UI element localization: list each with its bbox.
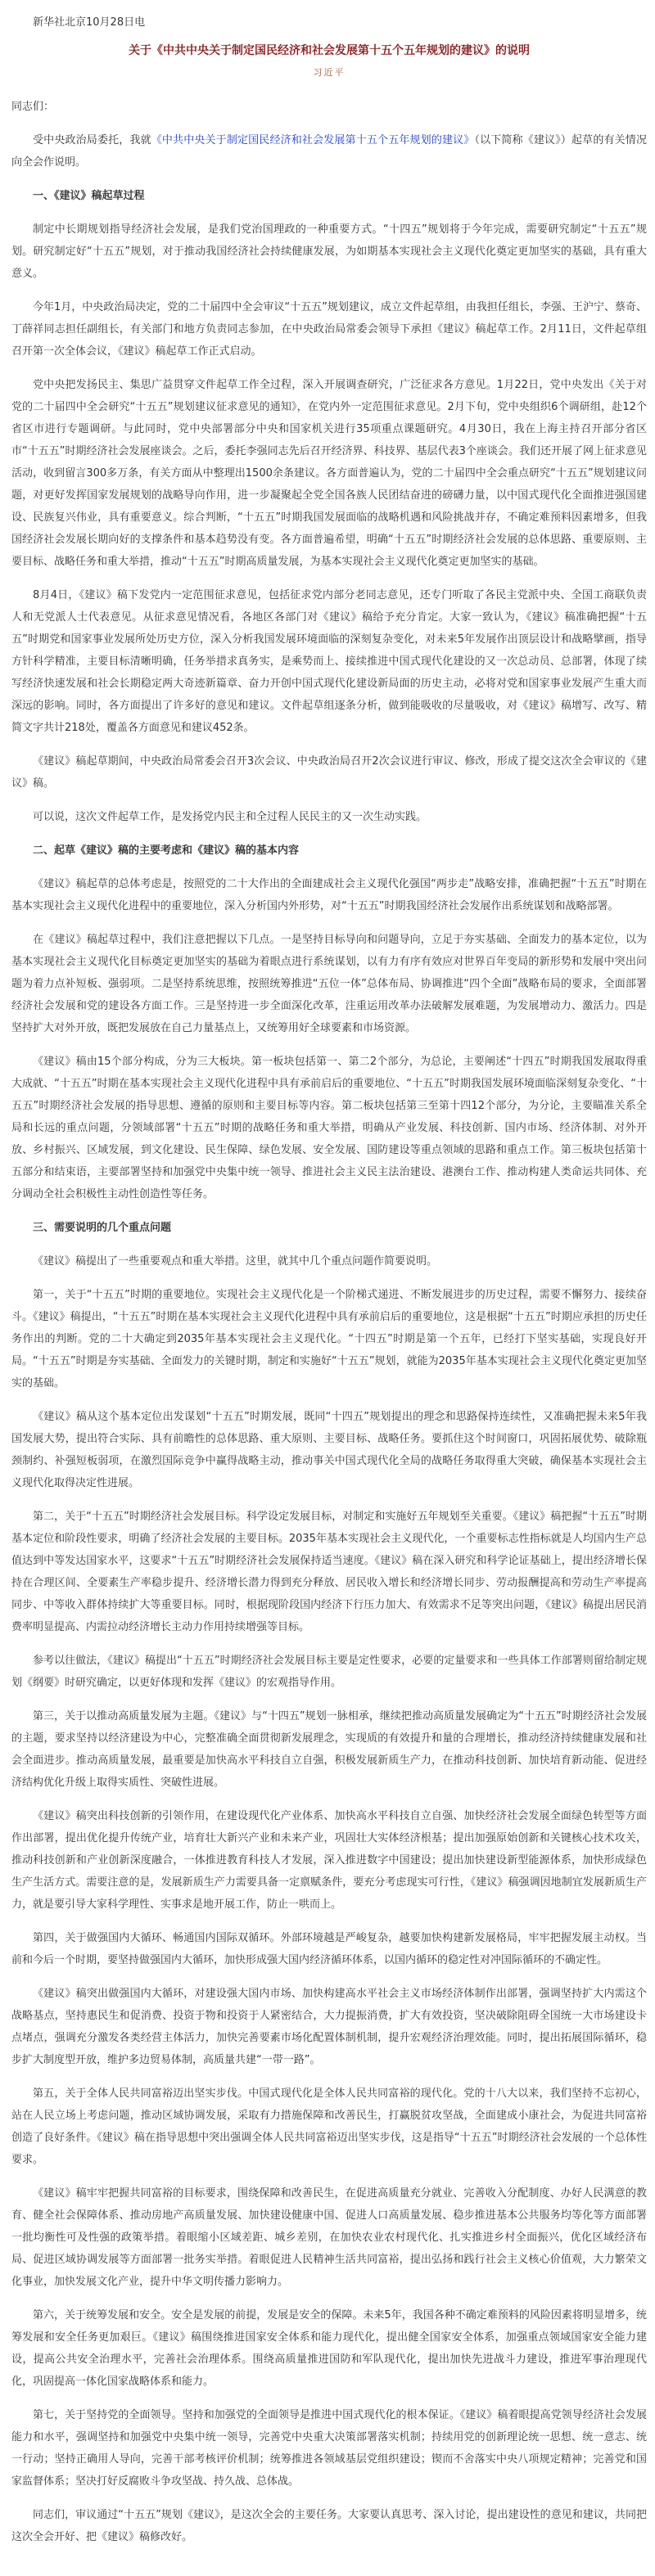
paragraph: 可以说，这次文件起草工作，是发扬党内民主和全过程人民民主的又一次生动实践。 [11,806,647,828]
paragraph: 在《建议》稿起草过程中，我们注意把握以下几点。一是坚持目标导向和问题导向，立足于… [11,929,647,1039]
proposal-document-link[interactable]: 《中共中央关于制定国民经济和社会发展第十五个五年规划的建议》 [151,134,475,146]
closing-paragraph: 同志们，审议通过“十五五”规划《建议》，是这次全会的主要任务。大家要认真思考、深… [11,2504,647,2548]
paragraph: 党中央把发扬民主、集思广益贯穿文件起草工作全过程，深入开展调查研究，广泛征求各方… [11,374,647,573]
paragraph: 《建议》稿由15个部分构成，分为三大板块。第一板块包括第一、第二2个部分，为总论… [11,1051,647,1205]
paragraph: 第二，关于“十五五”时期经济社会发展目标。科学设定发展目标，对制定和实施好五年规… [11,1506,647,1638]
author-byline: 习近平 [11,65,647,81]
intro-paragraph: 受中央政治局委托，我就《中共中央关于制定国民经济和社会发展第十五个五年规划的建议… [11,129,647,173]
paragraph: 制定中长期规划指导经济社会发展，是我们党治国理政的一种重要方式。“十四五”规划将… [11,218,647,285]
paragraph: 第七，关于坚持党的全面领导。坚持和加强党的全面领导是推进中国式现代化的根本保证。… [11,2404,647,2493]
paragraph: 第四，关于做强国内大循环、畅通国内国际双循环。外部环境越是严峻复杂，越要加快构建… [11,1927,647,1971]
paragraph: 《建议》稿提出了一些重要观点和重大举措。这里，就其中几个重点问题作简要说明。 [11,1250,647,1272]
paragraph: 《建议》稿起草的总体考虑是，按照党的二十大作出的全面建成社会主义现代化强国“两步… [11,873,647,917]
section-heading-1: 一、《建议》稿起草过程 [11,185,647,207]
paragraph: 第三，关于以推动高质量发展为主题。《建议》与“十四五”规划一脉相承，继续把推动高… [11,1705,647,1794]
intro-text-before: 受中央政治局委托，我就 [33,134,151,146]
paragraph: 《建议》稿起草期间，中央政治局常委会召开3次会议、中央政治局召开2次会议进行审议… [11,750,647,795]
paragraph: 参考以往做法，《建议》稿提出“十五五”时期经济社会发展目标主要是定性要求，必要的… [11,1650,647,1694]
paragraph: 《建议》稿从这个基本定位出发谋划“十五五”时期发展，既同“十四五”规划提出的理念… [11,1406,647,1494]
article: 新华社北京10月28日电 关于《中共中央关于制定国民经济和社会发展第十五个五年规… [0,0,655,2576]
section-heading-2: 二、起草《建议》稿的主要考虑和《建议》稿的基本内容 [11,840,647,862]
paragraph: 8月4日，《建议》稿下发党内一定范围征求意见，包括征求党内部分老同志意见，还专门… [11,584,647,739]
paragraph: 第六，关于统筹发展和安全。安全是发展的前提，发展是安全的保障。未来5年，我国各种… [11,2304,647,2393]
paragraph: 第五，关于全体人民共同富裕迈出坚实步伐。中国式现代化是全体人民共同富裕的现代化。… [11,2083,647,2171]
section-heading-3: 三、需要说明的几个重点问题 [11,1217,647,1239]
paragraph: 《建议》稿牢牢把握共同富裕的目标要求，围绕保障和改善民生，在促进高质量充分就业、… [11,2182,647,2293]
paragraph: 《建议》稿突出做强国内大循环，对建设强大国内市场、加快构建高水平社会主义市场经济… [11,1983,647,2071]
article-title: 关于《中共中央关于制定国民经济和社会发展第十五个五年规划的建议》的说明 [11,42,647,60]
paragraph: 今年1月，中央政治局决定，党的二十届四中全会审议“十五五”规划建议，成立文件起草… [11,296,647,363]
paragraph: 《建议》稿突出科技创新的引领作用，在建设现代化产业体系、加快高水平科技自立自强、… [11,1805,647,1916]
salutation: 同志们： [11,96,647,118]
dateline: 新华社北京10月28日电 [11,11,647,34]
paragraph: 第一，关于“十五五”时期的重要地位。实现社会主义现代化是一个阶梯式递进、不断发展… [11,1284,647,1394]
